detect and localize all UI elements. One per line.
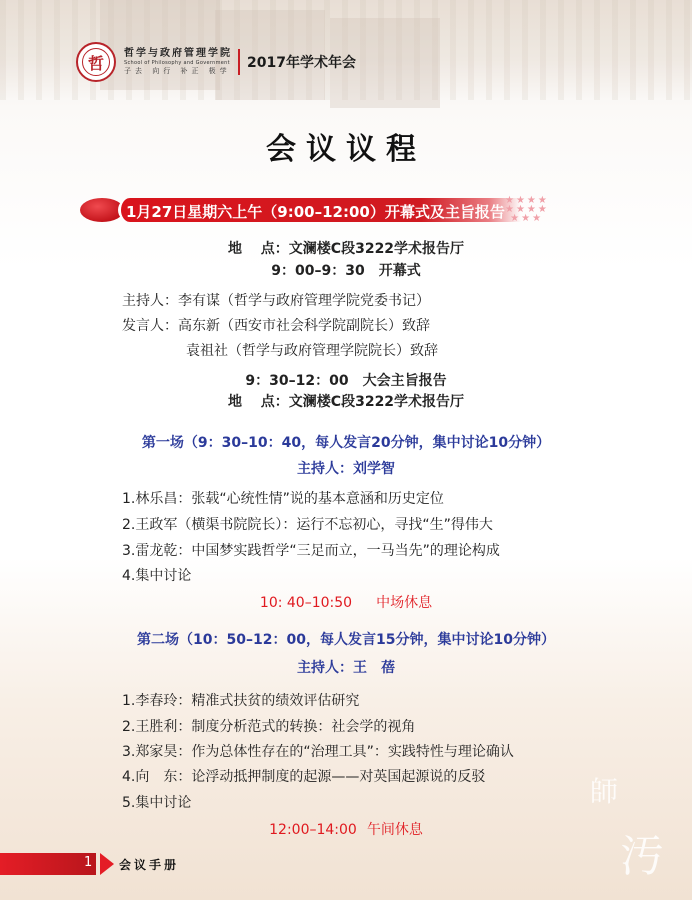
session-1-host: 主持人：刘学智 — [0, 458, 692, 478]
calligraphy-decoration: 師 — [590, 770, 618, 810]
lunch-break: 12:00–14:00午间休息 — [0, 819, 692, 839]
session-2-item: 1.李春玲：精准式扶贫的绩效评估研究 — [122, 690, 359, 710]
footer-bar — [0, 853, 96, 875]
session-2-header: 第二场（10：50–12：00，每人发言15分钟，集中讨论10分钟） — [0, 629, 692, 649]
header-divider — [238, 49, 240, 75]
school-name-cn: 哲学与政府管理学院 — [124, 49, 232, 59]
session-1-item: 3.雷龙乾：中国梦实践哲学“三足而立，一马当先”的理论构成 — [122, 540, 500, 560]
session-1-item: 1.林乐昌：张载“心统性情”说的基本意涵和历史定位 — [122, 488, 444, 508]
keynote-venue: 地 点：文澜楼C段3222学术报告厅 — [0, 391, 692, 411]
mid-break: 10: 40–10:50中场休息 — [0, 592, 692, 612]
conference-name: 2017年学术年会 — [247, 52, 356, 72]
day-banner: 1月27日星期六上午（9:00–12:00）开幕式及主旨报告 ★★★★★★★★ … — [80, 196, 550, 224]
stars-icon: ★★★★★★★★ ★★★ — [505, 196, 585, 226]
opening-time-title: 9：00–9：30 开幕式 — [0, 260, 692, 280]
school-motto: 子去 向行 补正 极学 — [124, 68, 232, 75]
session-2-item: 5.集中讨论 — [122, 792, 191, 812]
mid-break-label: 中场休息 — [376, 595, 432, 611]
opening-host: 主持人：李有谋（哲学与政府管理学院党委书记） — [122, 290, 430, 310]
lunch-break-label: 午间休息 — [367, 822, 423, 838]
session-2-item: 4.向 东：论浮动抵押制度的起源——对英国起源说的反驳 — [122, 766, 485, 786]
school-name-en: School of Philosophy and Government — [124, 61, 232, 66]
opening-speaker-1: 发言人：高东新（西安市社会科学院副院长）致辞 — [122, 315, 430, 335]
school-seal-icon: 哲 — [76, 42, 116, 82]
seal-glyph: 哲 — [82, 48, 110, 76]
school-name-block: 哲学与政府管理学院 School of Philosophy and Gover… — [124, 49, 232, 75]
session-2-host: 主持人：王 蓓 — [0, 657, 692, 677]
session-1-item: 4.集中讨论 — [122, 565, 191, 585]
lunch-break-time: 12:00–14:00 — [269, 822, 357, 838]
page-number: 1 — [84, 855, 92, 870]
banner-text: 1月27日星期六上午（9:00–12:00）开幕式及主旨报告 — [126, 201, 505, 222]
arrow-right-icon — [100, 853, 114, 875]
keynote-time-title: 9：30–12：00 大会主旨报告 — [0, 370, 692, 390]
footer-label: 会议手册 — [119, 856, 179, 873]
opening-speaker-2: 袁祖社（哲学与政府管理学院院长）致辞 — [186, 340, 438, 360]
page-title: 会议议程 — [0, 124, 692, 168]
mid-break-time: 10: 40–10:50 — [260, 595, 352, 611]
session-1-item: 2.王政军（横渠书院院长）：运行不忘初心，寻找“生”得伟大 — [122, 514, 493, 534]
session-2-item: 2.王胜利：制度分析范式的转换：社会学的视角 — [122, 716, 415, 736]
calligraphy-decoration: 汚 — [620, 820, 664, 884]
session-2-item: 3.郑家昊：作为总体性存在的“治理工具”：实践特性与理论确认 — [122, 741, 514, 761]
header-logo: 哲 哲学与政府管理学院 School of Philosophy and Gov… — [76, 42, 356, 82]
opening-venue: 地 点：文澜楼C段3222学术报告厅 — [0, 238, 692, 258]
session-1-header: 第一场（9：30–10：40，每人发言20分钟，集中讨论10分钟） — [0, 432, 692, 452]
